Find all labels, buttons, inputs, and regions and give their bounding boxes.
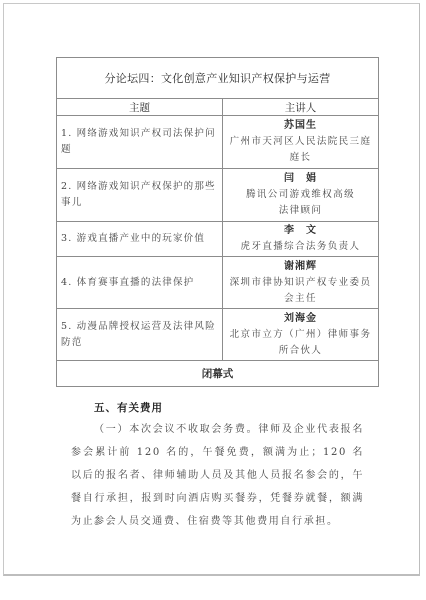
header-speaker: 主讲人 [223,99,379,116]
section-heading: 五、有关费用 [94,400,163,415]
table-row: 4. 体育赛事直播的法律保护 谢湘辉 深圳市律协知识产权专业委员会主任 [57,257,379,309]
speaker-title: 腾讯公司游戏维权高级法律顾问 [226,187,375,219]
document-page: 分论坛四：文化创意产业知识产权保护与运营 主题 主讲人 1. 网络游戏知识产权司… [3,3,420,576]
topic-cell: 2. 网络游戏知识产权保护的那些事儿 [57,169,223,222]
speaker-title: 深圳市律协知识产权专业委员会主任 [226,275,375,307]
forum-schedule-table: 分论坛四：文化创意产业知识产权保护与运营 主题 主讲人 1. 网络游戏知识产权司… [56,57,379,387]
header-topic: 主题 [57,99,223,116]
speaker-name: 闫 娟 [226,171,375,187]
speaker-cell: 刘海金 北京市立方（广州）律师事务所合伙人 [223,309,379,361]
speaker-cell: 苏国生 广州市天河区人民法院民三庭庭长 [223,116,379,169]
speaker-cell: 谢湘辉 深圳市律协知识产权专业委员会主任 [223,257,379,309]
paragraph-travel: 参会人员交通费、住宿费等其他费用自行承担。 [71,510,364,533]
speaker-title: 虎牙直播综合法务负责人 [226,239,375,255]
forum-title: 分论坛四：文化创意产业知识产权保护与运营 [57,58,379,99]
table-row: 2. 网络游戏知识产权保护的那些事儿 闫 娟 腾讯公司游戏维权高级法律顾问 [57,169,379,222]
table-row: 3. 游戏直播产业中的玩家价值 李 文 虎牙直播综合法务负责人 [57,222,379,257]
speaker-title: 广州市天河区人民法院民三庭庭长 [226,134,375,166]
speaker-cell: 闫 娟 腾讯公司游戏维权高级法律顾问 [223,169,379,222]
table-row: 5. 动漫品牌授权运营及法律风险防范 刘海金 北京市立方（广州）律师事务所合伙人 [57,309,379,361]
table-header-row: 主题 主讲人 [57,99,379,116]
topic-cell: 1. 网络游戏知识产权司法保护问题 [57,116,223,169]
topic-cell: 4. 体育赛事直播的法律保护 [57,257,223,309]
closing-row: 闭幕式 [57,361,379,387]
speaker-name: 李 文 [226,223,375,239]
topic-cell: 3. 游戏直播产业中的玩家价值 [57,222,223,257]
speaker-name: 刘海金 [226,311,375,327]
speaker-name: 谢湘辉 [226,259,375,275]
speaker-cell: 李 文 虎牙直播综合法务负责人 [223,222,379,257]
closing-ceremony: 闭幕式 [57,361,379,387]
speaker-title: 北京市立方（广州）律师事务所合伙人 [226,327,375,359]
speaker-name: 苏国生 [226,118,375,134]
table-title-row: 分论坛四：文化创意产业知识产权保护与运营 [57,58,379,99]
topic-cell: 5. 动漫品牌授权运营及法律风险防范 [57,309,223,361]
table-row: 1. 网络游戏知识产权司法保护问题 苏国生 广州市天河区人民法院民三庭庭长 [57,116,379,169]
